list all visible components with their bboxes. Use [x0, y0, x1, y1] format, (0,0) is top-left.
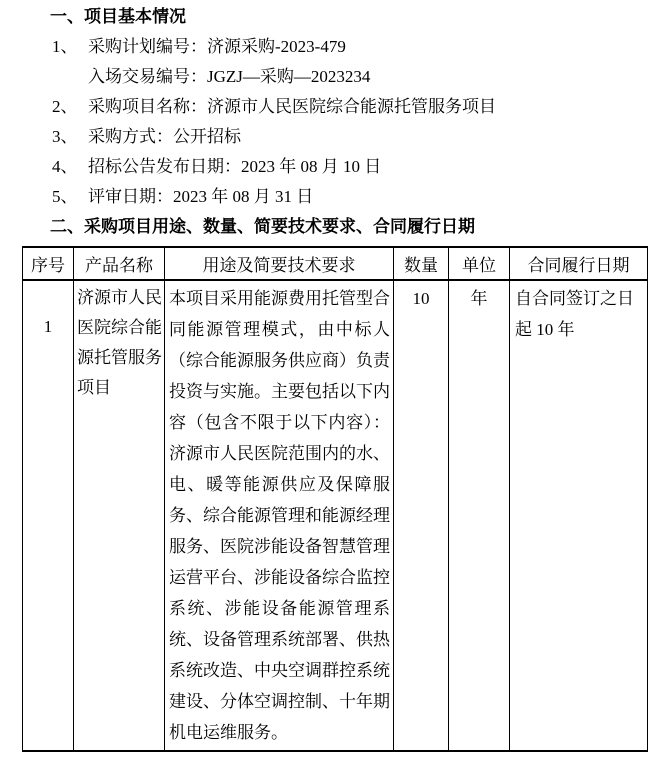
table-header-row: 序号 产品名称 用途及简要技术要求 数量 单位 合同履行日期 [23, 247, 648, 280]
document-content: 一、项目基本情况 1、 采购计划编号：济源采购-2023-479 入场交易编号：… [0, 0, 659, 752]
list-item-3-text: 采购方式：公开招标 [88, 122, 241, 152]
cell-contract-period: 自合同签订之日起 10 年 [510, 280, 648, 751]
list-item-1-continuation: 入场交易编号：JGZJ—采购—2023234 [52, 62, 659, 92]
list-item-1-text-line2: 入场交易编号：JGZJ—采购—2023234 [88, 62, 370, 92]
section-1-heading: 一、项目基本情况 [50, 2, 659, 32]
header-product-name: 产品名称 [74, 247, 165, 280]
list-item-1: 1、 采购计划编号：济源采购-2023-479 [52, 32, 659, 62]
cell-quantity: 10 [394, 280, 449, 751]
cell-product-name: 济源市人民医院综合能源托管服务项目 [74, 280, 165, 751]
list-item-1-number: 1、 [52, 32, 88, 62]
section-2-heading: 二、采购项目用途、数量、简要技术要求、合同履行日期 [50, 212, 659, 242]
list-item-4-text: 招标公告发布日期：2023 年 08 月 10 日 [88, 152, 381, 182]
list-item-4-number: 4、 [52, 152, 88, 182]
procurement-table: 序号 产品名称 用途及简要技术要求 数量 单位 合同履行日期 1 济源市人民医院… [22, 246, 648, 752]
document-page: 一、项目基本情况 1、 采购计划编号：济源采购-2023-479 入场交易编号：… [0, 0, 659, 761]
header-usage-requirements: 用途及简要技术要求 [165, 247, 394, 280]
cell-usage-requirements: 本项目采用能源费用托管型合同能源管理模式，由中标人（综合能源服务供应商）负责投资… [165, 280, 394, 751]
header-contract-period: 合同履行日期 [510, 247, 648, 280]
cell-unit: 年 [449, 280, 510, 751]
header-quantity: 数量 [394, 247, 449, 280]
list-item-3: 3、 采购方式：公开招标 [52, 122, 659, 152]
list-item-2: 2、 采购项目名称：济源市人民医院综合能源托管服务项目 [52, 92, 659, 122]
table-row: 1 济源市人民医院综合能源托管服务项目 本项目采用能源费用托管型合同能源管理模式… [23, 280, 648, 751]
header-unit: 单位 [449, 247, 510, 280]
list-item-4: 4、 招标公告发布日期：2023 年 08 月 10 日 [52, 152, 659, 182]
header-seq: 序号 [23, 247, 74, 280]
cell-seq: 1 [23, 280, 74, 751]
list-item-1-text: 采购计划编号：济源采购-2023-479 [88, 32, 346, 62]
list-item-1-spacer [52, 62, 88, 92]
list-item-5: 5、 评审日期：2023 年 08 月 31 日 [52, 182, 659, 212]
list-item-5-text: 评审日期：2023 年 08 月 31 日 [88, 182, 313, 212]
list-item-2-number: 2、 [52, 92, 88, 122]
list-item-5-number: 5、 [52, 182, 88, 212]
list-item-3-number: 3、 [52, 122, 88, 152]
list-item-2-text: 采购项目名称：济源市人民医院综合能源托管服务项目 [88, 92, 496, 122]
